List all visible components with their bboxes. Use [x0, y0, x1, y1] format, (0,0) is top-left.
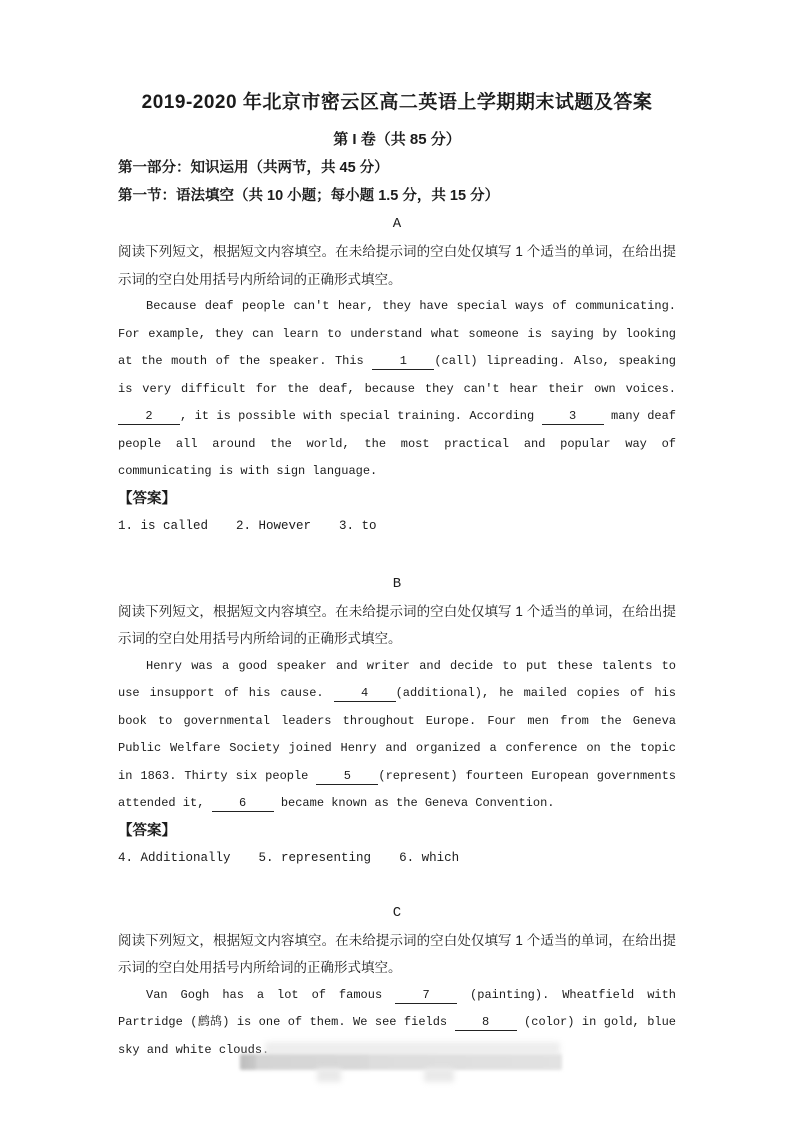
- section-heading: 第一节：语法填空（共 10 小题；每小题 1.5 分，共 15 分）: [118, 182, 676, 210]
- passage-a-label: A: [118, 210, 676, 238]
- fill-blank-8: 8: [455, 1014, 517, 1031]
- fill-blank-1: 1: [372, 353, 434, 370]
- fill-blank-3: 3: [542, 408, 604, 425]
- passage-a-answers: 1. is called2. However3. to: [118, 513, 676, 541]
- passage-c-instruction: 阅读下列短文，根据短文内容填空。在未给提示词的空白处仅填写 1 个适当的单词，在…: [118, 927, 676, 982]
- passage-b-text: Henry was a good speaker and writer and …: [118, 653, 676, 818]
- passage-a-text: Because deaf people can't hear, they hav…: [118, 293, 676, 486]
- passage-c: C 阅读下列短文，根据短文内容填空。在未给提示词的空白处仅填写 1 个适当的单词…: [118, 899, 676, 1065]
- blurred-watermark-blob: [424, 1068, 454, 1082]
- fill-blank-6: 6: [212, 795, 274, 812]
- passage-b: B 阅读下列短文，根据短文内容填空。在未给提示词的空白处仅填写 1 个适当的单词…: [118, 570, 676, 873]
- part-heading: 第一部分：知识运用（共两节，共 45 分）: [118, 154, 676, 182]
- answer-item: 5. representing: [259, 851, 372, 865]
- passage-a-answer-label: 【答案】: [118, 486, 676, 514]
- passage-a: A 阅读下列短文，根据短文内容填空。在未给提示词的空白处仅填写 1 个适当的单词…: [118, 210, 676, 541]
- answer-item: 2. However: [236, 519, 311, 533]
- document-content: 2019-2020 年北京市密云区高二英语上学期期末试题及答案 第 I 卷（共 …: [118, 0, 676, 1064]
- blurred-watermark-bar: [240, 1054, 562, 1070]
- answer-item: 4. Additionally: [118, 851, 231, 865]
- blurred-watermark-blob: [317, 1068, 341, 1082]
- fill-blank-4: 4: [334, 685, 396, 702]
- passage-a-instruction: 阅读下列短文，根据短文内容填空。在未给提示词的空白处仅填写 1 个适当的单词，在…: [118, 238, 676, 293]
- exam-document-page: 2019-2020 年北京市密云区高二英语上学期期末试题及答案 第 I 卷（共 …: [0, 0, 793, 1122]
- page-title: 2019-2020 年北京市密云区高二英语上学期期末试题及答案: [118, 88, 676, 118]
- passage-b-answers: 4. Additionally5. representing6. which: [118, 845, 676, 873]
- answer-item: 6. which: [399, 851, 459, 865]
- fill-blank-5: 5: [316, 768, 378, 785]
- passage-b-answer-label: 【答案】: [118, 818, 676, 846]
- fill-blank-7: 7: [395, 987, 457, 1004]
- fill-blank-2: 2: [118, 408, 180, 425]
- passage-b-instruction: 阅读下列短文，根据短文内容填空。在未给提示词的空白处仅填写 1 个适当的单词，在…: [118, 598, 676, 653]
- passage-c-label: C: [118, 899, 676, 927]
- answer-item: 1. is called: [118, 519, 208, 533]
- volume-heading: 第 I 卷（共 85 分）: [118, 126, 676, 154]
- answer-item: 3. to: [339, 519, 377, 533]
- passage-b-label: B: [118, 570, 676, 598]
